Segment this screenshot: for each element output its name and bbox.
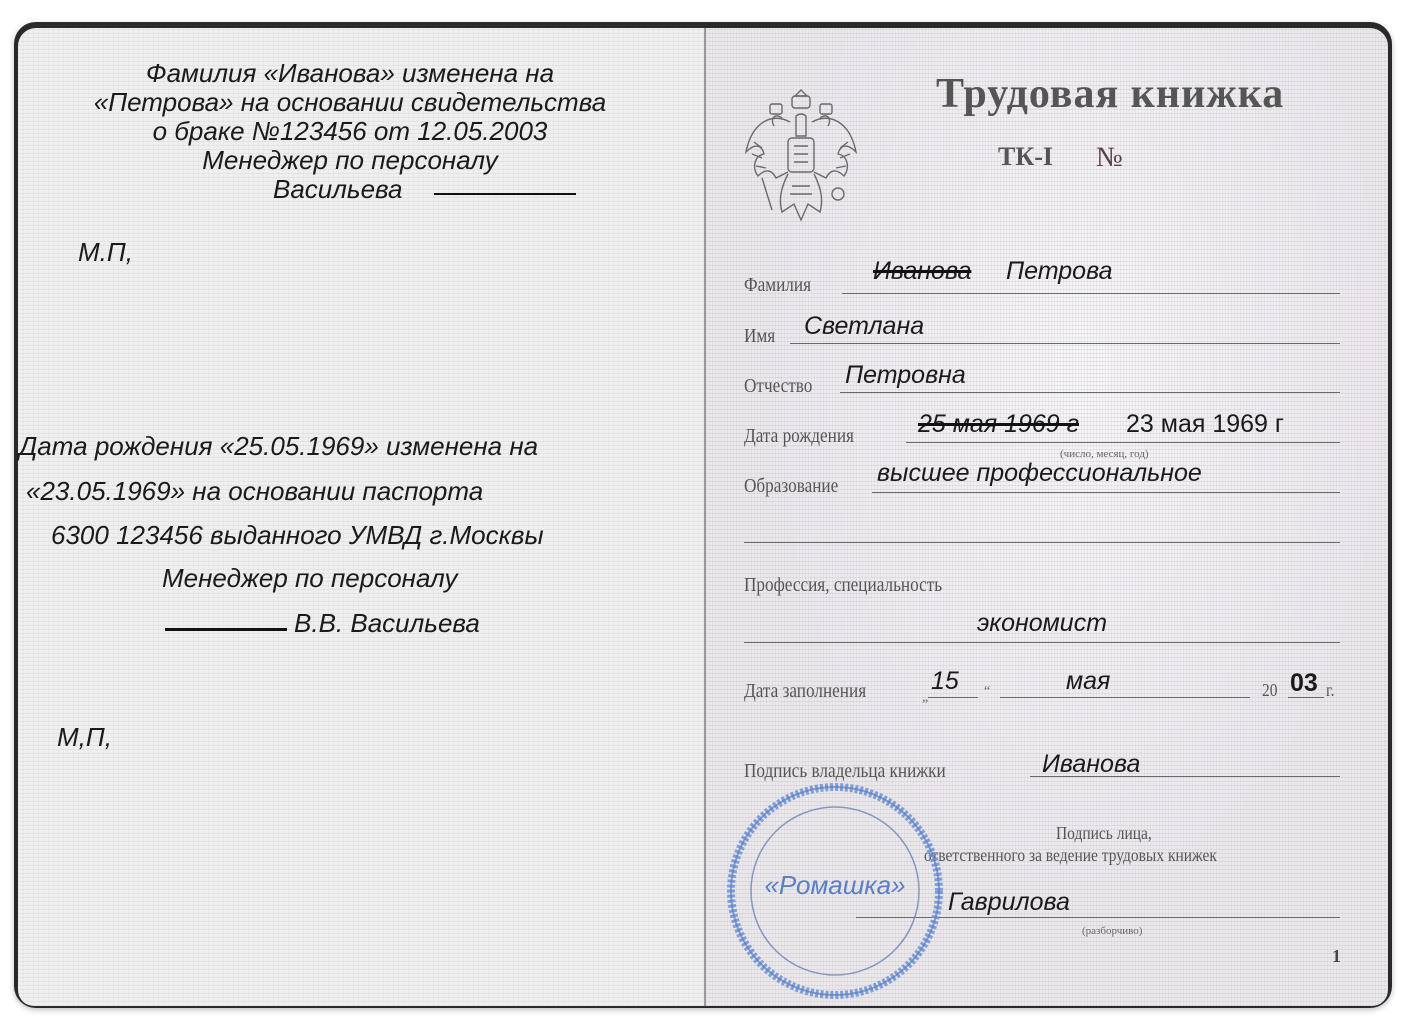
signature-line — [434, 193, 576, 195]
fill-date-year-unit: г. — [1326, 680, 1334, 701]
name-value: Светлана — [804, 312, 924, 341]
surname-change-signer: Васильева — [273, 174, 403, 205]
birthdate-change-line-3: 6300 123456 выданного УМВД г.Москвы — [51, 520, 544, 551]
birthdate-change-line-1: Дата рождения «25.05.1969» изменена на — [19, 431, 538, 462]
profession-label: Профессия, специальность — [744, 574, 942, 597]
surname-label: Фамилия — [744, 274, 811, 297]
fill-date-day: 15 — [931, 667, 959, 696]
fill-date-year-line — [1288, 697, 1324, 698]
responsible-signature-label-2: ответственного за ведение трудовых книже… — [924, 845, 1217, 866]
birthdate-old-value: 25 мая 1969 г — [918, 410, 1079, 439]
profession-value: экономист — [744, 609, 1340, 638]
responsible-signature-hint: (разборчиво) — [1082, 925, 1142, 937]
responsible-signature-value: Гаврилова — [948, 888, 1070, 917]
fill-date-year: 03 — [1290, 669, 1318, 698]
education-label: Образование — [744, 475, 838, 498]
education-line — [872, 492, 1340, 493]
company-stamp: «Ромашка» — [722, 778, 948, 1004]
fill-date-month: мая — [1066, 667, 1110, 696]
birthdate-change-signer: В.В. Васильева — [294, 608, 480, 639]
seal-mark-2: М,П, — [57, 722, 112, 753]
education-value: высшее профессиональное — [877, 459, 1202, 488]
profession-line — [744, 642, 1340, 643]
surname-change-line-2: «Петрова» на основании свидетельства — [40, 87, 660, 118]
fill-date-year-prefix: 20 — [1262, 680, 1277, 701]
fill-date-day-line — [928, 697, 978, 698]
fill-date-open-quote: „ — [922, 690, 928, 706]
stamp-text: «Ромашка» — [722, 870, 948, 901]
surname-change-line-4: Менеджер по персоналу — [40, 145, 660, 176]
name-line — [790, 343, 1340, 344]
surname-value: Петрова — [1006, 257, 1113, 286]
surname-change-line-3: о браке №123456 от 12.05.2003 — [40, 116, 660, 147]
patronymic-value: Петровна — [845, 361, 966, 390]
russian-coat-of-arms-icon — [742, 82, 860, 227]
document-number-sign: № — [1096, 142, 1123, 174]
education-line-2 — [744, 542, 1340, 543]
surname-old-value: Иванова — [873, 257, 971, 286]
page-number: 1 — [1332, 946, 1341, 967]
birthdate-change-line-2: «23.05.1969» на основании паспорта — [26, 476, 483, 507]
patronymic-label: Отчество — [744, 375, 812, 398]
birthdate-change-line-4: Менеджер по персоналу — [162, 563, 458, 594]
fill-date-month-line — [1000, 697, 1250, 698]
surname-change-line-1: Фамилия «Иванова» изменена на — [40, 58, 660, 89]
owner-signature-value: Иванова — [1042, 750, 1140, 779]
birthdate-line — [906, 442, 1340, 443]
name-label: Имя — [744, 325, 775, 348]
responsible-signature-label-1: Подпись лица, — [1056, 823, 1152, 844]
document-series: ТК-I — [998, 142, 1053, 172]
seal-mark-1: М.П, — [78, 237, 133, 268]
fill-date-close-quote: “ — [984, 684, 990, 700]
birthdate-label: Дата рождения — [744, 425, 854, 448]
document-title: Трудовая книжка — [936, 70, 1284, 118]
signature-line — [165, 628, 287, 631]
birthdate-value: 23 мая 1969 г — [1126, 410, 1284, 439]
fill-date-label: Дата заполнения — [744, 680, 866, 703]
patronymic-line — [840, 392, 1340, 393]
surname-line — [842, 293, 1340, 294]
